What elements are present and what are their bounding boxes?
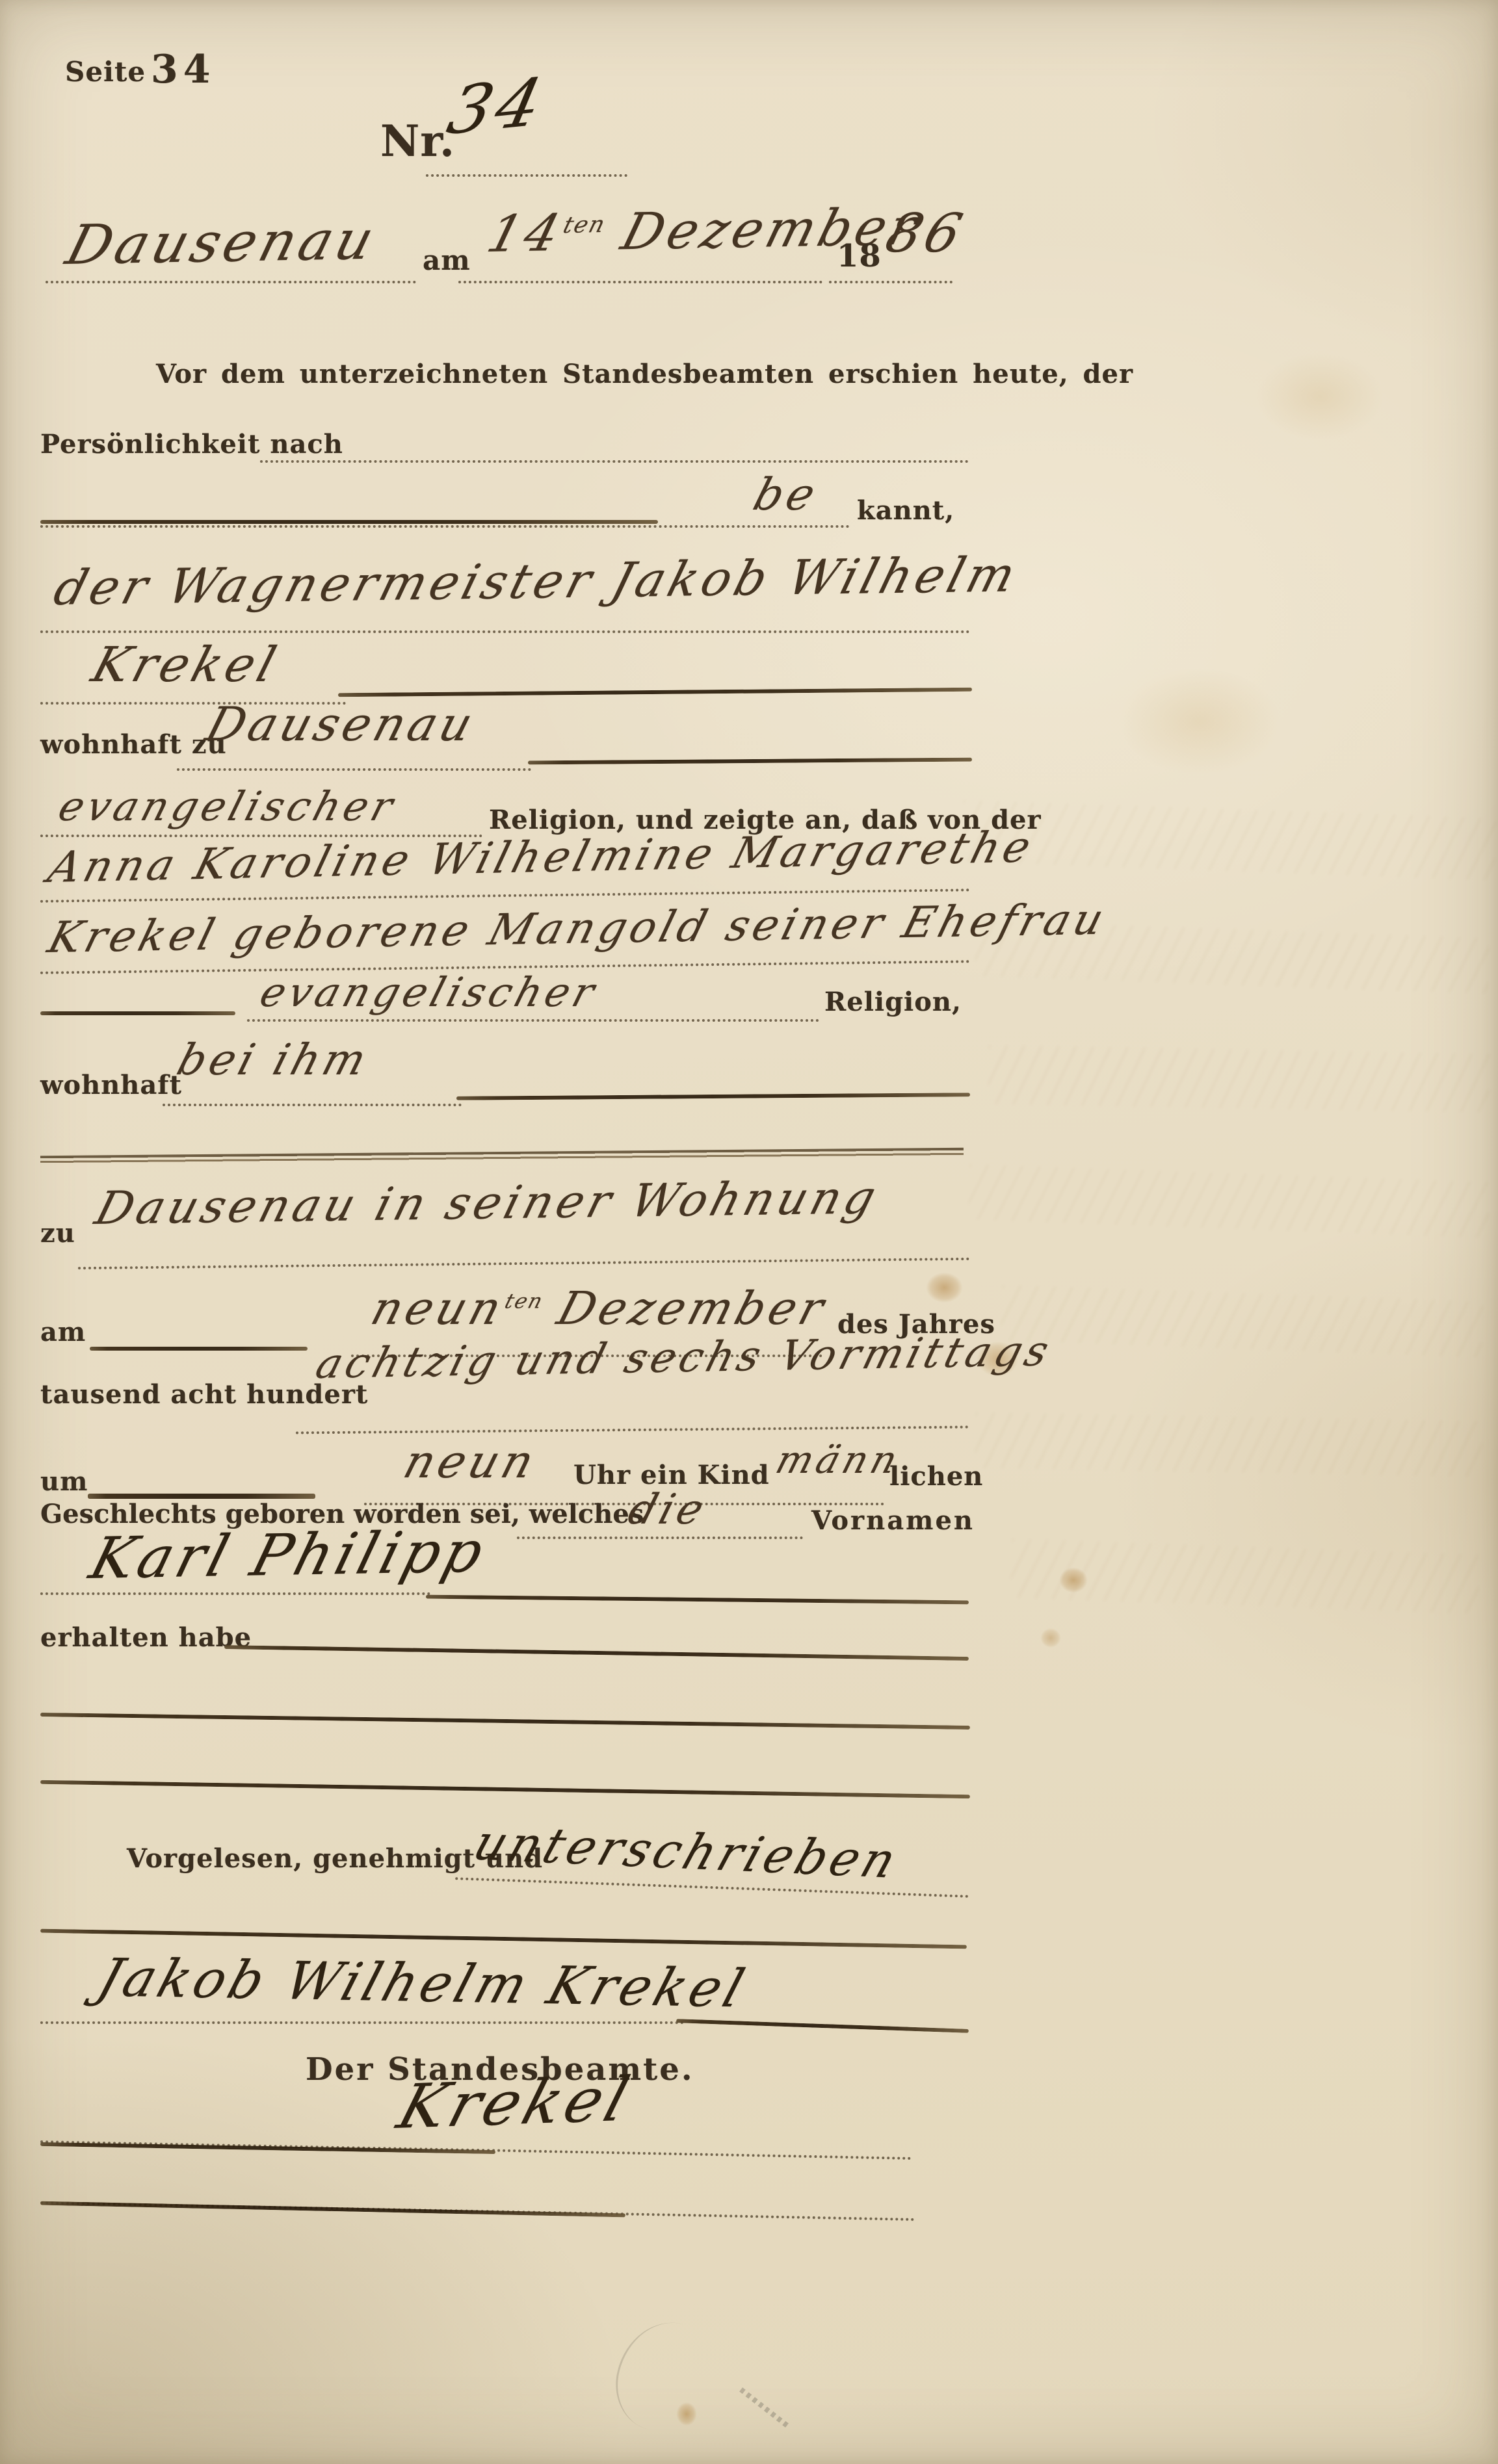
zu-label: zu bbox=[40, 1218, 75, 1249]
mother-entry-line2: Krekel geborene Mangold seiner Ehefrau bbox=[43, 894, 1113, 963]
lichen-label: lichen bbox=[889, 1461, 983, 1492]
declarant-entry-line1: der Wagnermeister Jakob Wilhelm bbox=[48, 547, 1025, 616]
birthday-blank-ink bbox=[90, 1347, 308, 1351]
declarant-signature-rule bbox=[40, 2021, 684, 2024]
showthrough-band bbox=[968, 1164, 1490, 1238]
religion2-rule-ink bbox=[40, 1011, 235, 1015]
gender-entry: männ bbox=[771, 1438, 906, 1482]
signature-separator-line bbox=[40, 1929, 967, 1949]
mother-religion-entry: evangelischer bbox=[255, 968, 603, 1016]
record-number-entry: 34 bbox=[441, 64, 553, 150]
record-number-rule bbox=[426, 174, 627, 177]
unterschrieben-entry: unterschrieben bbox=[467, 1815, 907, 1889]
bekannt-prefix-entry: be bbox=[748, 469, 824, 521]
mother-residence-entry: bei ihm bbox=[172, 1035, 376, 1085]
pencil-scribble bbox=[739, 2387, 789, 2428]
residence-rule-ink bbox=[528, 758, 972, 765]
showthrough-band bbox=[975, 1412, 1482, 1477]
declarant-signature: Jakob Wilhelm Krekel bbox=[91, 1947, 755, 2019]
declarant-religion-entry: evangelischer bbox=[53, 783, 402, 830]
erhalten-habe-rule bbox=[224, 1645, 969, 1661]
declarant-rule2-ink bbox=[338, 688, 972, 697]
birth-year-words-entry: achtzig und sechs Vormittags bbox=[311, 1327, 1058, 1388]
persoenlichkeit-label: Persönlichkeit nach bbox=[40, 429, 343, 460]
am-label: am bbox=[423, 244, 471, 276]
page-number-value: 34 bbox=[151, 47, 216, 92]
article-entry: die bbox=[623, 1486, 713, 1534]
official-signature: Krekel bbox=[390, 2064, 640, 2143]
bekannt-rule bbox=[40, 525, 850, 528]
showthrough-band bbox=[988, 1045, 1489, 1112]
am2-label: am bbox=[40, 1317, 86, 1347]
birthplace-rule bbox=[78, 1258, 970, 1269]
declarant-residence-entry: Dausenau bbox=[200, 697, 482, 751]
declarant-rule1 bbox=[40, 630, 970, 633]
article-rule bbox=[517, 1537, 803, 1539]
paper-discoloration bbox=[1092, 650, 1307, 793]
kannt-label: kannt, bbox=[857, 495, 954, 526]
vornamen-label: Vornamen bbox=[811, 1505, 975, 1536]
paper-discoloration bbox=[1235, 338, 1404, 455]
year-printed: 18 bbox=[837, 238, 882, 274]
ink-stain bbox=[1037, 1625, 1064, 1651]
blank-rule-2 bbox=[40, 1780, 970, 1798]
hour-blank-ink bbox=[88, 1494, 315, 1499]
child-name-rule-ink bbox=[426, 1595, 969, 1605]
child-name-rule bbox=[40, 1592, 430, 1595]
wohnhaft2-label: wohnhaft bbox=[40, 1070, 182, 1100]
wohnhaft-zu-label: wohnhaft zu bbox=[40, 729, 227, 760]
showthrough-band bbox=[1001, 1285, 1484, 1357]
residence-rule bbox=[177, 768, 531, 771]
year-words-rule bbox=[296, 1425, 969, 1434]
pencil-mark bbox=[605, 2311, 716, 2439]
mother-residence-rule bbox=[163, 1104, 462, 1106]
persoenlichkeit-rule bbox=[260, 460, 969, 463]
hour-entry: neun bbox=[398, 1435, 544, 1488]
religion2-rule bbox=[247, 1019, 819, 1022]
blank-rule-1 bbox=[40, 1713, 970, 1730]
registry-page-scan: { "header": { "seite_label": "Seite", "s… bbox=[0, 0, 1498, 2464]
final-rule-2-ink bbox=[40, 2201, 625, 2218]
religion2-label: Religion, bbox=[824, 987, 962, 1017]
um-label: um bbox=[40, 1466, 88, 1497]
bekannt-rule-ink bbox=[40, 520, 658, 524]
ink-stain bbox=[920, 1267, 969, 1308]
registry-place-entry: Dausenau bbox=[60, 208, 384, 277]
showthrough-band bbox=[1010, 1538, 1480, 1613]
intro-line: Vor dem unterzeichneten Standesbeamten e… bbox=[156, 359, 1133, 389]
birthplace-entry: Dausenau in seiner Wohnung bbox=[90, 1171, 886, 1235]
ink-stain bbox=[1055, 1563, 1092, 1597]
mother-residence-rule-ink bbox=[456, 1093, 970, 1100]
mother-names-entry: Anna Karoline Wilhelmine Margarethe bbox=[43, 822, 1040, 892]
erhalten-habe-label: erhalten habe bbox=[40, 1622, 252, 1653]
showthrough-band bbox=[962, 800, 1497, 881]
page-number-label: Seite bbox=[65, 56, 146, 88]
birthday-entry: neunten Dezember bbox=[365, 1282, 834, 1335]
place-rule bbox=[46, 281, 416, 283]
date-rule bbox=[458, 281, 822, 283]
declarant-entry-line2: Krekel bbox=[86, 637, 285, 693]
child-name-entry: Karl Philipp bbox=[83, 1518, 494, 1592]
section-separator-line bbox=[40, 1148, 964, 1164]
declarant-signature-rule-ink bbox=[676, 2019, 969, 2033]
year-rule bbox=[829, 281, 953, 283]
